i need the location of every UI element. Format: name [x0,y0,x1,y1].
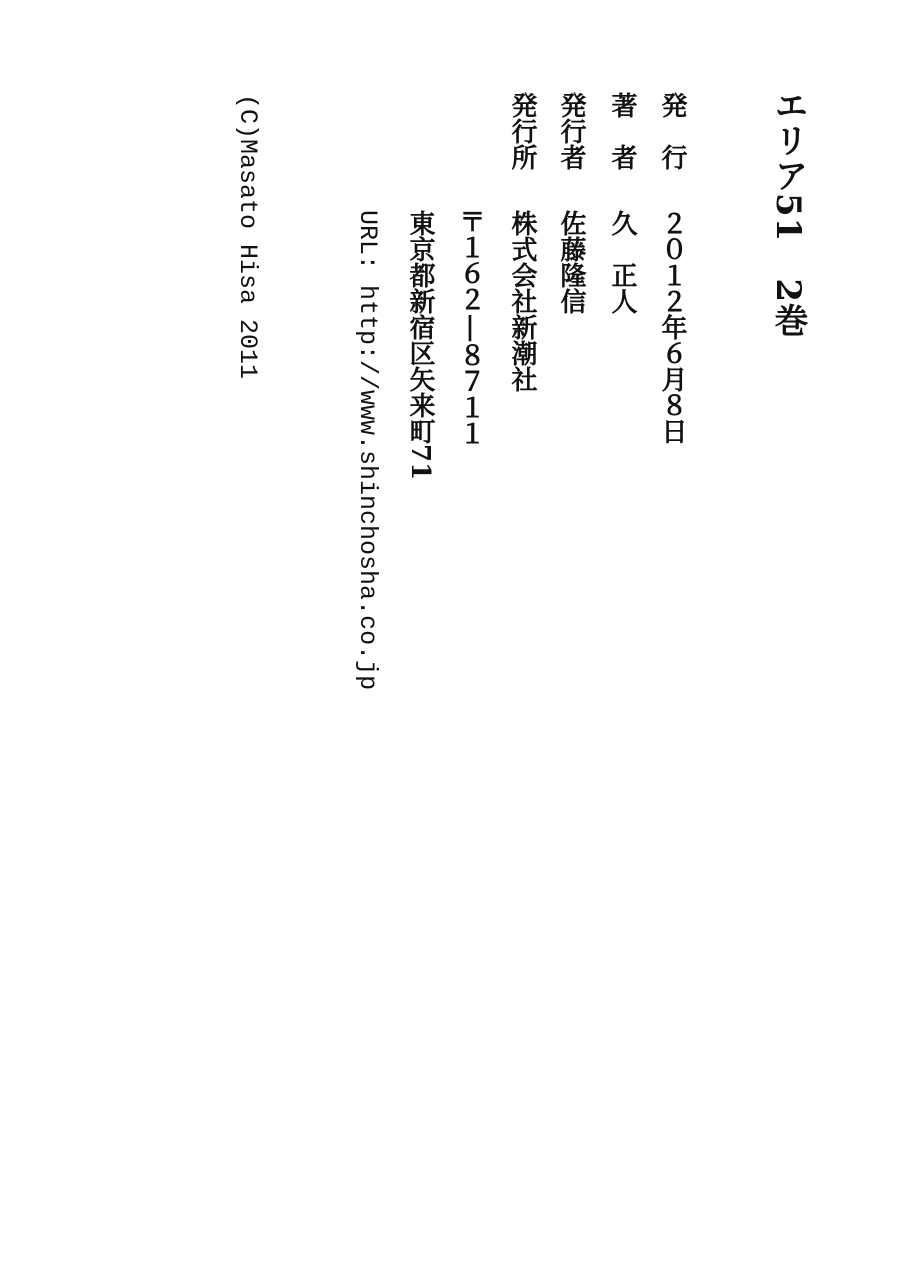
series-title: エリア51 [768,88,808,242]
publisher-value: 佐藤隆信 [556,210,586,314]
author-label: 著 者 [607,92,637,170]
author-value: 久 正人 [607,210,637,314]
postal-code: 〒１６２|８７１１ [455,208,485,446]
publishing-house-label: 発行所 [507,92,537,170]
copyright-notice: (C)Masato Hisa 2011 [232,94,262,379]
publishing-house-value: 株式会社新潮社 [507,210,537,392]
book-title: エリア512巻 [768,88,808,338]
publish-date-value: ２０１２年６月８日 [657,210,687,444]
website-url: URL: http://www.shinchosha.co.jp [352,210,382,690]
publisher-label: 発行者 [556,92,586,170]
publish-date-label: 発 行 [657,92,687,170]
volume-number: 2巻 [768,278,808,338]
street-address: 東京都新宿区矢来町71 [405,210,435,480]
